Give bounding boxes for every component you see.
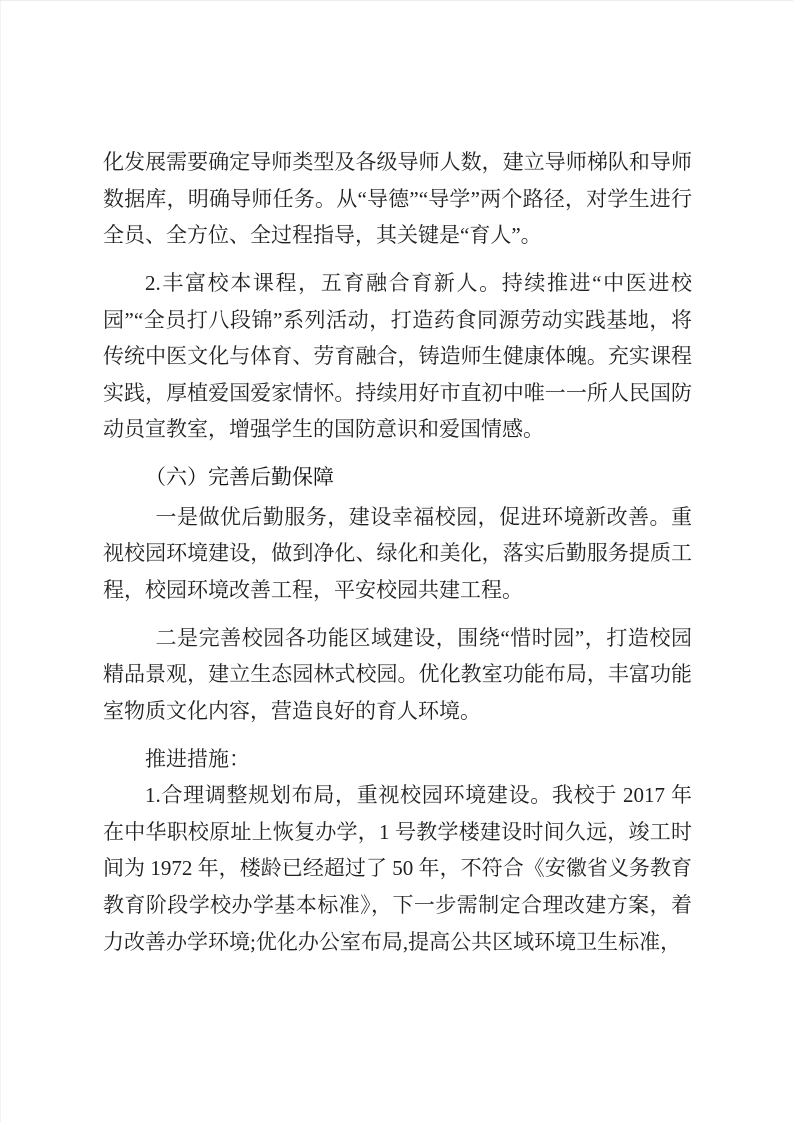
section-heading-logistics: （六）完善后勤保障 (103, 459, 692, 496)
paragraph-measure-1: 1.合理调整规划布局，重视校园环境建设。我校于 2017 年在中华职校原址上恢复… (103, 777, 692, 960)
paragraph-school-curriculum: 2.丰富校本课程，五育融合育新人。持续推进“中医进校园”“全员打八段锦”系列活动… (103, 265, 692, 448)
paragraph-measures-label: 推进措施： (103, 741, 692, 778)
paragraph-logistics-service: 一是做优后勤服务，建设幸福校园，促进环境新改善。重视校园环境建设，做到净化、绿化… (103, 499, 692, 609)
text-column: 化发展需要确定导师类型及各级导师人数，建立导师梯队和导师数据库，明确导师任务。从… (103, 144, 692, 960)
paragraph-campus-zones: 二是完善校园各功能区域建设，围绕“惜时园”，打造校园精品景观，建立生态园林式校园… (103, 620, 692, 730)
paragraph-mentor-continuation: 化发展需要确定导师类型及各级导师人数，建立导师梯队和导师数据库，明确导师任务。从… (103, 144, 692, 254)
document-page: 化发展需要确定导师类型及各级导师人数，建立导师梯队和导师数据库，明确导师任务。从… (0, 0, 793, 1122)
